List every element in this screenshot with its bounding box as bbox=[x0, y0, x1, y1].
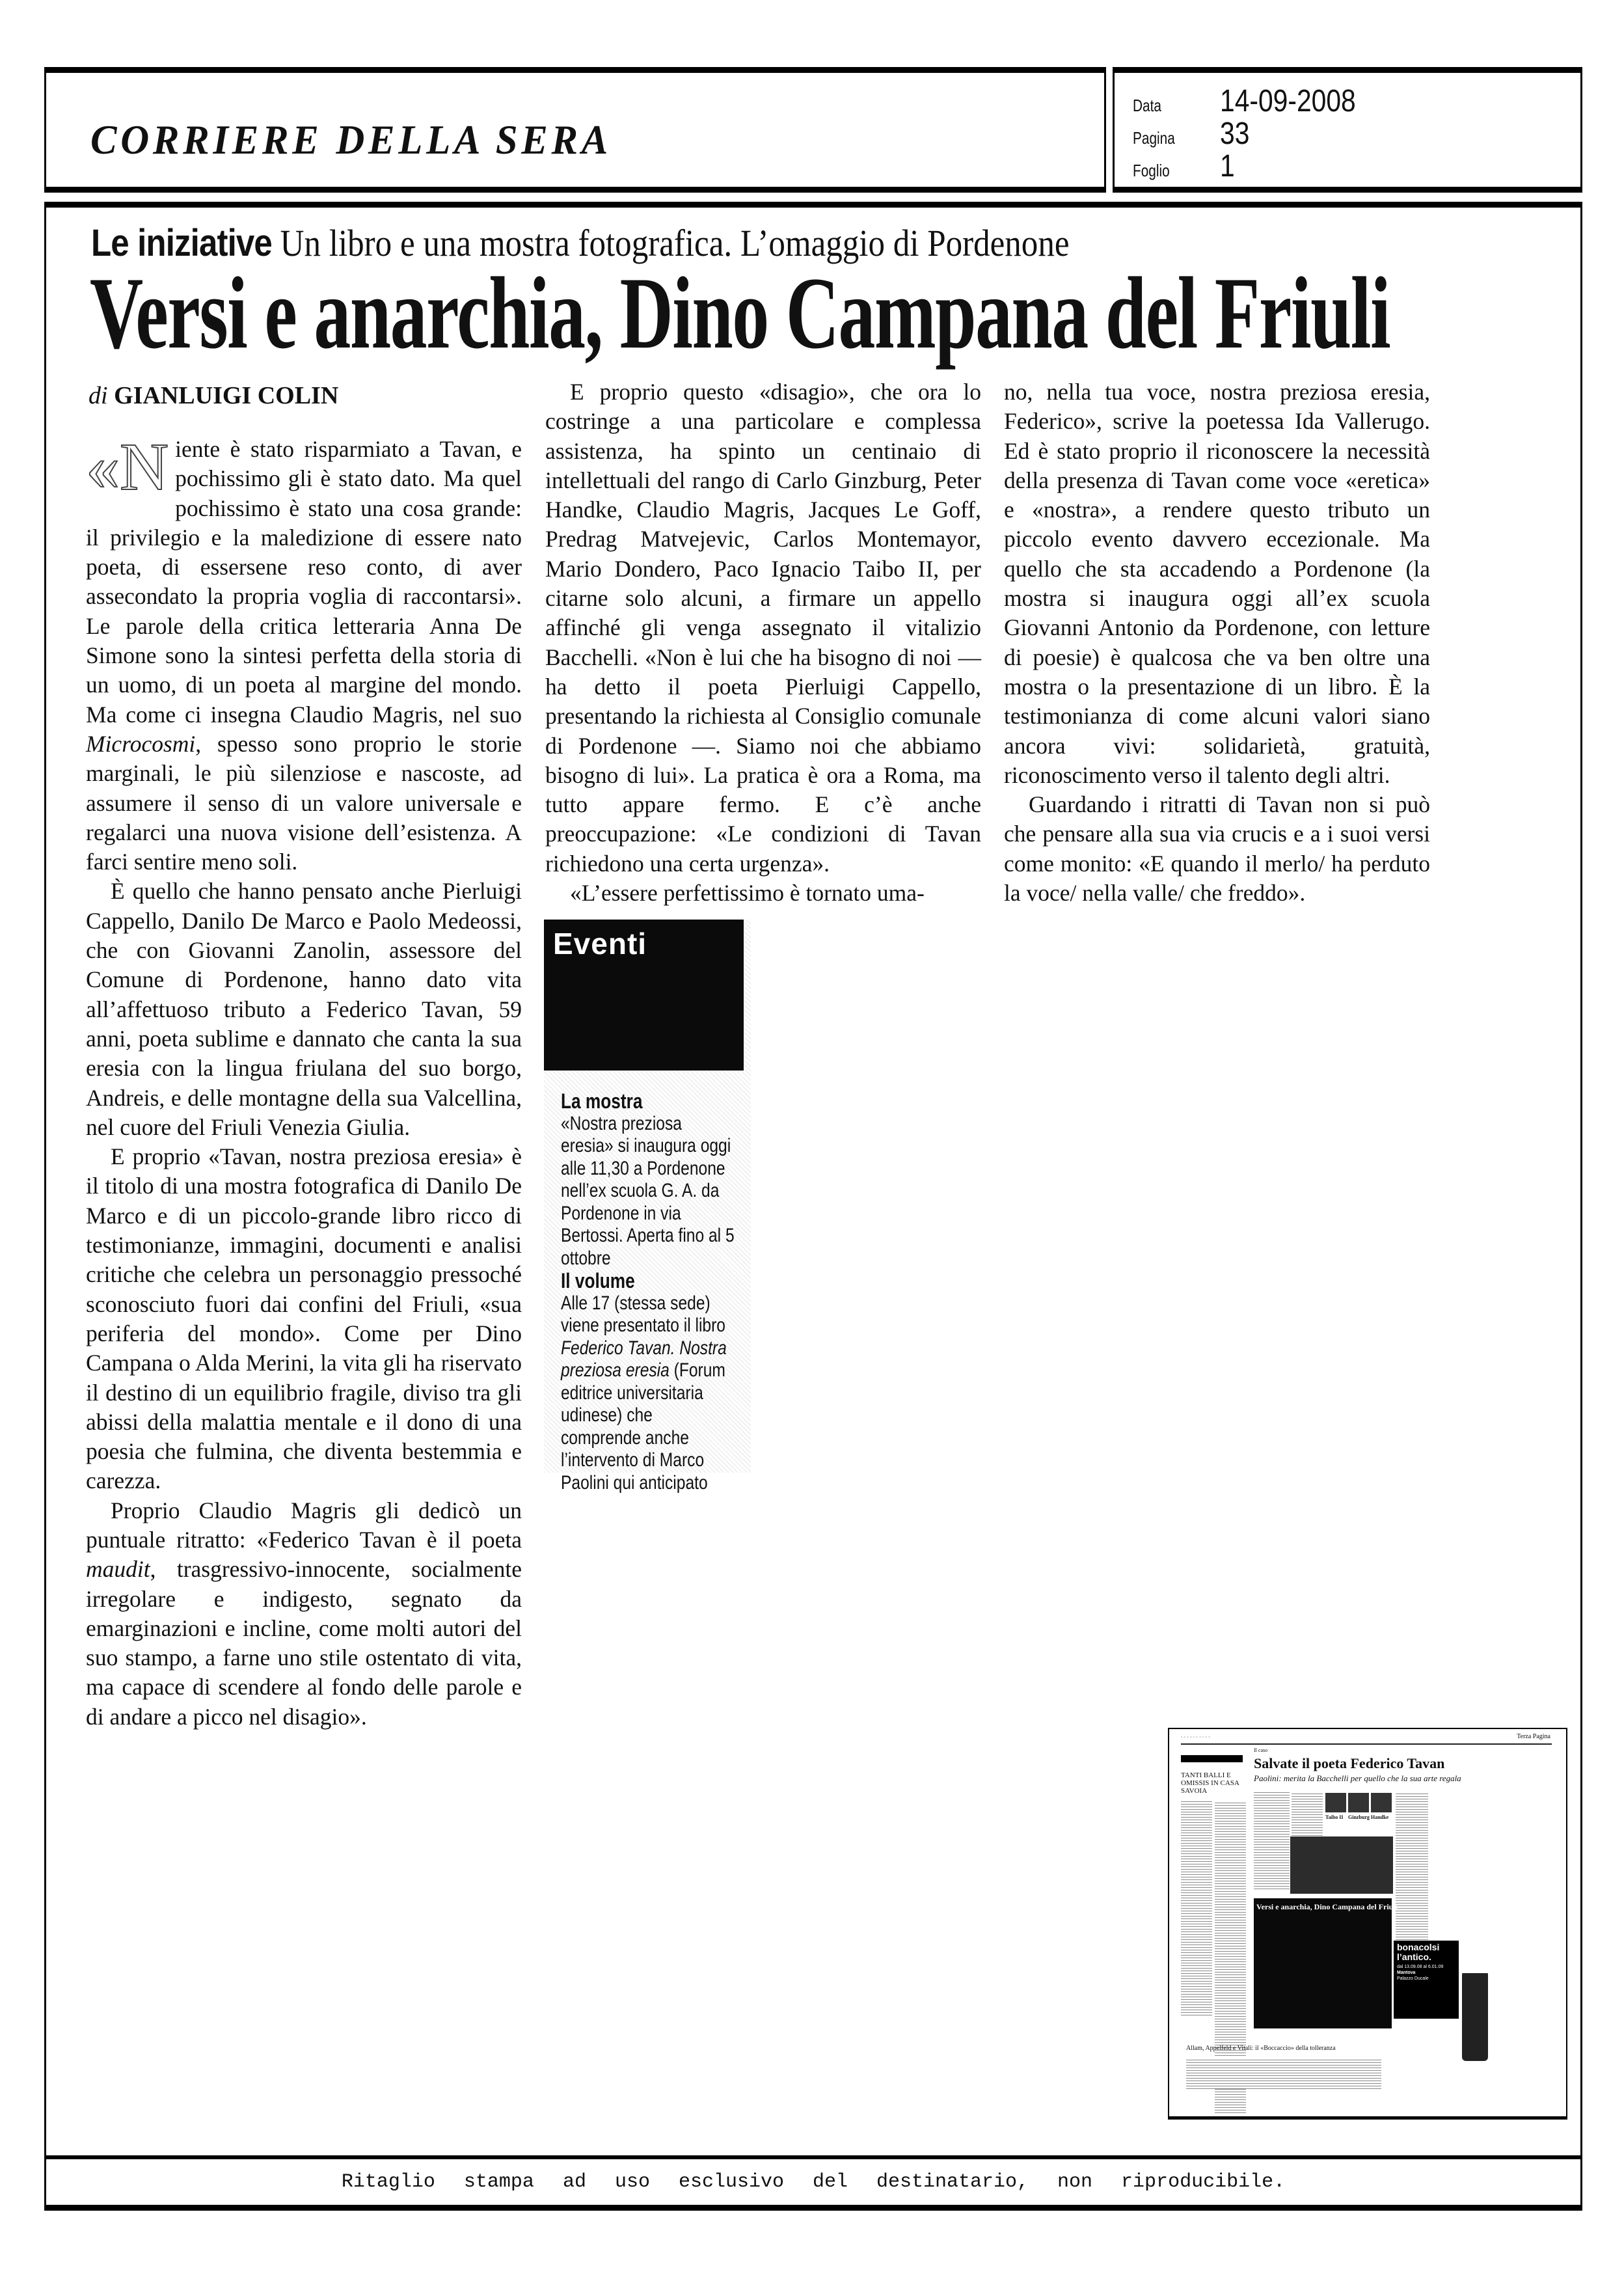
newspaper-masthead: CORRIERE DELLA SERA bbox=[90, 116, 612, 164]
article-column-1: «Niente è stato risparmiato a Tavan, e p… bbox=[86, 435, 522, 1732]
meta-label: Pagina bbox=[1133, 128, 1202, 148]
text-run: Proprio Claudio Magris gli dedicò un pun… bbox=[86, 1497, 522, 1553]
meta-value: 14-09-2008 bbox=[1220, 83, 1356, 119]
byline-prefix: di bbox=[88, 382, 108, 409]
thumb-portrait bbox=[1325, 1793, 1346, 1812]
thumb-portrait bbox=[1348, 1793, 1369, 1812]
events-section-title: Il volume bbox=[561, 1270, 737, 1292]
events-section-title: La mostra bbox=[561, 1090, 737, 1113]
meta-page: Pagina 33 bbox=[1133, 116, 1254, 152]
thumb-caption: Ginzburg bbox=[1348, 1814, 1370, 1820]
paragraph: È quello che hanno pensato anche Pierlui… bbox=[86, 877, 522, 1142]
dropcap: «N bbox=[86, 439, 169, 496]
events-section-text: Alle 17 (stessa sede) viene presentato i… bbox=[561, 1292, 737, 1495]
thumb-caption: Handke bbox=[1371, 1814, 1388, 1820]
thumb-rule bbox=[1181, 1743, 1552, 1745]
thumb-inset-title: Versi e anarchia, Dino Campana del Friul… bbox=[1256, 1902, 1398, 1912]
paragraph: Proprio Claudio Magris gli dedicò un pun… bbox=[86, 1496, 522, 1732]
footer-notice: Ritaglio stampa ad uso esclusivo del des… bbox=[342, 2171, 1285, 2193]
events-header: Eventi bbox=[544, 920, 744, 1071]
thumb-landscape-photo bbox=[1290, 1836, 1393, 1894]
meta-box: Data 14-09-2008 Pagina 33 Foglio 1 bbox=[1113, 67, 1582, 193]
events-box: Eventi La mostra «Nostra preziosa eresia… bbox=[544, 920, 751, 1473]
italic-word: maudit bbox=[86, 1556, 150, 1582]
article-headline: Versi e anarchia, Dino Campana del Friul… bbox=[90, 257, 1390, 370]
paragraph: «Niente è stato risparmiato a Tavan, e p… bbox=[86, 435, 522, 877]
thumb-ad-title: bonacolsi l’antico. bbox=[1394, 1941, 1459, 1964]
meta-value: 1 bbox=[1220, 148, 1235, 184]
events-title: Eventi bbox=[553, 926, 647, 961]
thumb-ad-venue: Palazzo Ducale bbox=[1394, 1976, 1459, 1982]
thumb-text-block bbox=[1254, 1792, 1290, 1889]
paragraph: E proprio questo «disagio», che ora lo c… bbox=[545, 377, 981, 879]
thumb-ad-place: Mantova bbox=[1394, 1970, 1459, 1976]
article-column-3: no, nella tua voce, nostra preziosa eres… bbox=[1004, 377, 1430, 908]
thumb-caption: Taibo II bbox=[1325, 1814, 1344, 1820]
paragraph: «L’essere perfettissimo è tornato uma- bbox=[545, 879, 981, 908]
thumb-dateline: · · · · · · · · · · bbox=[1181, 1734, 1210, 1740]
thumb-subheadline: Paolini: merita la Bacchelli per quello … bbox=[1254, 1773, 1461, 1784]
page-thumbnail: · · · · · · · · · · Terza Pagina TANTI B… bbox=[1168, 1728, 1567, 2120]
masthead-box: CORRIERE DELLA SERA bbox=[44, 67, 1106, 193]
thumb-portrait bbox=[1371, 1793, 1392, 1812]
thumb-inset-article: Versi e anarchia, Dino Campana del Friul… bbox=[1254, 1898, 1392, 2028]
thumb-text-block bbox=[1181, 1801, 1212, 2015]
text-run: , trasgressivo-innocente, socialmente ir… bbox=[86, 1556, 522, 1729]
byline: di GIANLUIGI COLIN bbox=[88, 381, 338, 410]
meta-label: Data bbox=[1133, 96, 1202, 116]
meta-sheet: Foglio 1 bbox=[1133, 148, 1238, 184]
paragraph: Guardando i ritratti di Tavan non si può… bbox=[1004, 790, 1430, 908]
thumb-sidebar: TANTI BALLI E OMISSIS IN CASA SAVOIA bbox=[1181, 1755, 1243, 1795]
meta-label: Foglio bbox=[1133, 161, 1202, 181]
byline-author: GIANLUIGI COLIN bbox=[114, 382, 338, 409]
thumb-page-label: Terza Pagina bbox=[1517, 1733, 1550, 1740]
thumb-kicker: Il caso bbox=[1254, 1747, 1267, 1753]
thumb-advert: bonacolsi l’antico. dal 13.09.08 al 6.01… bbox=[1394, 1941, 1459, 2019]
article-column-2: E proprio questo «disagio», che ora lo c… bbox=[545, 377, 981, 908]
thumb-sidebar-title: TANTI BALLI E OMISSIS IN CASA SAVOIA bbox=[1181, 1771, 1243, 1795]
book-title: Microcosmi bbox=[86, 731, 195, 757]
meta-value: 33 bbox=[1220, 116, 1249, 152]
paragraph: no, nella tua voce, nostra preziosa eres… bbox=[1004, 377, 1430, 790]
events-section-text: «Nostra preziosa eresia» si inaugura ogg… bbox=[561, 1113, 737, 1270]
thumb-ad-dates: dal 13.09.08 al 6.01.09 bbox=[1394, 1964, 1459, 1970]
thumb-sidebar-label bbox=[1181, 1755, 1243, 1762]
thumb-headline: Salvate il poeta Federico Tavan bbox=[1254, 1755, 1444, 1772]
thumb-statue-image bbox=[1462, 1963, 1488, 2061]
meta-date: Data 14-09-2008 bbox=[1133, 83, 1380, 119]
thumb-bottom-headline: Allam, Appelfeld e Vitali: il «Boccaccio… bbox=[1186, 2045, 1336, 2052]
paragraph: E proprio «Tavan, nostra preziosa eresia… bbox=[86, 1142, 522, 1496]
thumb-text-block bbox=[1186, 2058, 1381, 2089]
footer-notice-box: Ritaglio stampa ad uso esclusivo del des… bbox=[44, 2155, 1582, 2211]
events-body: La mostra «Nostra preziosa eresia» si in… bbox=[561, 1090, 737, 1494]
